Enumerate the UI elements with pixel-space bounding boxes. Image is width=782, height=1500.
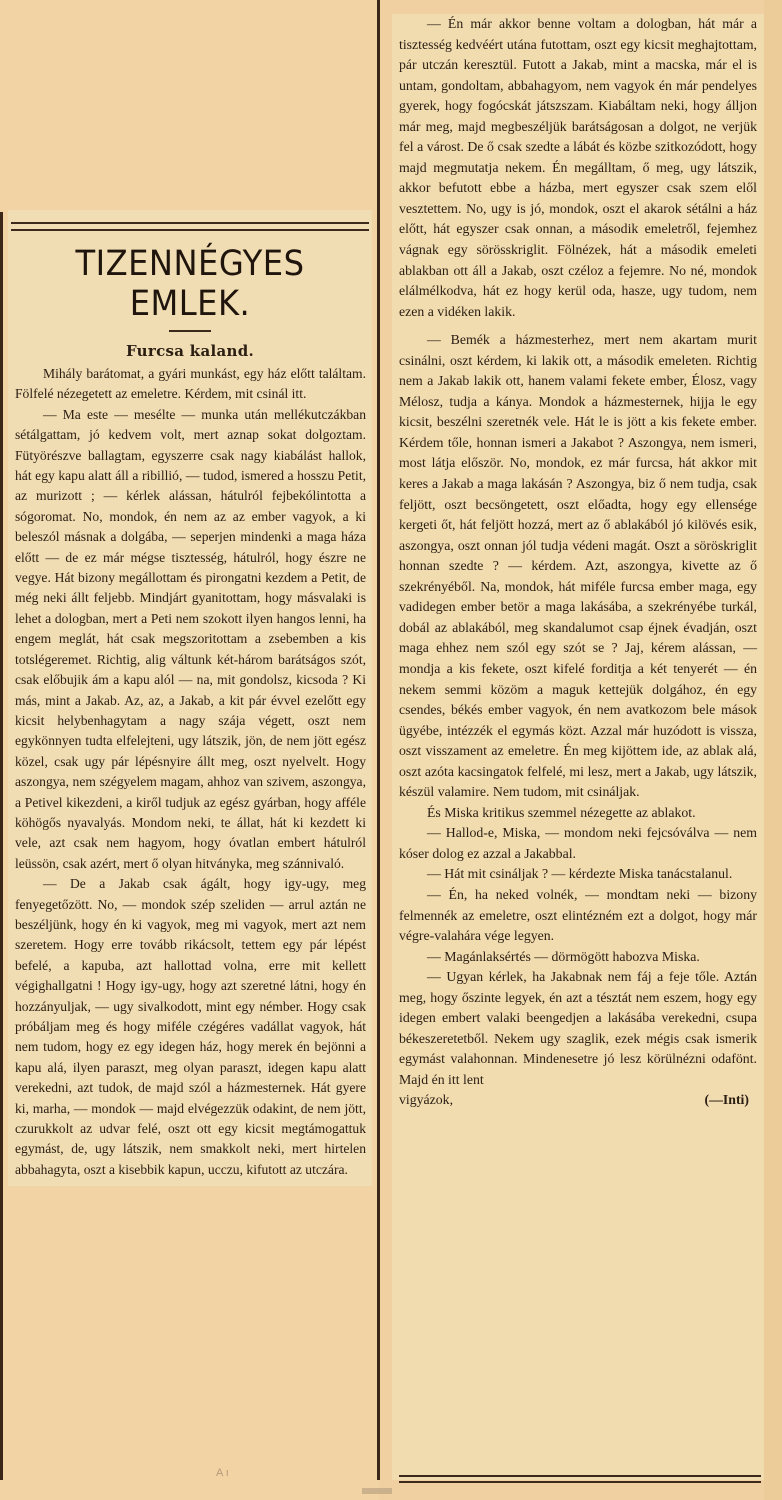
article-body-right: — Én már akkor benne voltam a dologban, … bbox=[399, 14, 759, 1111]
paragraph: És Miska kritikus szemmel nézegette az a… bbox=[399, 803, 757, 824]
page-mark: A ı bbox=[216, 1467, 229, 1479]
newspaper-page: TIZENNÉGYES EMLEK. Furcsa kaland. Mihály… bbox=[0, 0, 782, 1500]
article-signoff: vigyázok, (—Inti) bbox=[399, 1090, 757, 1111]
final-line: vigyázok, bbox=[399, 1090, 453, 1111]
article-right-column: — Én már akkor benne voltam a dologban, … bbox=[399, 14, 759, 1111]
author-signature: (—Inti) bbox=[705, 1090, 749, 1111]
paragraph: — Bemék a házmesterhez, mert nem akartam… bbox=[399, 330, 757, 803]
paragraph: — Hát mit csináljak ? — kérdezte Miska t… bbox=[399, 864, 757, 885]
left-border-rule bbox=[0, 212, 3, 1480]
article-body-left: Mihály barátomat, a gyári munkást, egy h… bbox=[8, 364, 372, 1180]
paragraph: — Én, ha neked volnék, — mondtam neki — … bbox=[399, 885, 757, 947]
paragraph: — Hallod-e, Miska, — mondom neki fejcsóv… bbox=[399, 823, 757, 864]
paragraph: — Én már akkor benne voltam a dologban, … bbox=[399, 14, 757, 322]
page-edge bbox=[764, 0, 782, 1500]
paragraph: Mihály barátomat, a gyári munkást, egy h… bbox=[15, 364, 366, 405]
headline-separator bbox=[169, 330, 211, 332]
paragraph: — Magánlaksértés — dörmögött habozva Mis… bbox=[399, 947, 757, 968]
paragraph: — Ma este — mesélte — munka után melléku… bbox=[15, 405, 366, 874]
article-headline: TIZENNÉGYES EMLEK. bbox=[23, 244, 358, 324]
top-double-rule bbox=[11, 222, 369, 231]
paragraph: — De a Jakab csak ágált, hogy igy-ugy, m… bbox=[15, 874, 366, 1180]
scan-smudge bbox=[362, 1488, 392, 1494]
column-divider bbox=[377, 0, 380, 1480]
article-left-column: TIZENNÉGYES EMLEK. Furcsa kaland. Mihály… bbox=[8, 210, 372, 1186]
bottom-double-rule bbox=[399, 1475, 761, 1483]
article-subheadline: Furcsa kaland. bbox=[8, 342, 372, 360]
paragraph: — Ugyan kérlek, ha Jakabnak nem fáj a fe… bbox=[399, 967, 757, 1090]
